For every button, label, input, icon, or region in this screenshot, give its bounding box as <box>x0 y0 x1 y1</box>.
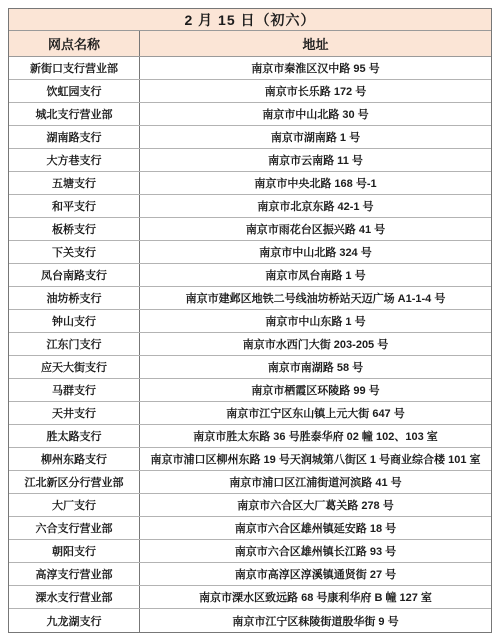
branch-name-cell: 高淳支行营业部 <box>9 563 140 585</box>
branch-name-cell: 溧水支行营业部 <box>9 586 140 608</box>
branch-address-cell: 南京市北京东路 42-1 号 <box>140 195 491 217</box>
branch-name-cell: 下关支行 <box>9 241 140 263</box>
table-body: 新街口支行营业部 南京市秦淮区汉中路 95 号 饮虹园支行 南京市长乐路 172… <box>9 57 491 632</box>
table-row: 马群支行 南京市栖霞区环陵路 99 号 <box>9 379 491 402</box>
branch-name-cell: 江东门支行 <box>9 333 140 355</box>
branch-address-cell: 南京市云南路 11 号 <box>140 149 491 171</box>
branch-address-cell: 南京市栖霞区环陵路 99 号 <box>140 379 491 401</box>
table-header-row: 网点名称 地址 <box>9 31 491 57</box>
branch-name-cell: 和平支行 <box>9 195 140 217</box>
branch-name-cell: 马群支行 <box>9 379 140 401</box>
branch-name-cell: 油坊桥支行 <box>9 287 140 309</box>
branch-address-cell: 南京市中央北路 168 号-1 <box>140 172 491 194</box>
table-row: 大厂支行 南京市六合区大厂葛关路 278 号 <box>9 494 491 517</box>
branch-address-cell: 南京市江宁区东山镇上元大街 647 号 <box>140 402 491 424</box>
branch-address-cell: 南京市湖南路 1 号 <box>140 126 491 148</box>
branch-name-cell: 五塘支行 <box>9 172 140 194</box>
table-row: 钟山支行 南京市中山东路 1 号 <box>9 310 491 333</box>
branch-name-cell: 板桥支行 <box>9 218 140 240</box>
branch-name-cell: 大厂支行 <box>9 494 140 516</box>
table-row: 江东门支行 南京市水西门大街 203-205 号 <box>9 333 491 356</box>
branch-name-cell: 应天大街支行 <box>9 356 140 378</box>
table-date-title: 2 月 15 日（初六） <box>9 9 491 31</box>
branch-name-cell: 湖南路支行 <box>9 126 140 148</box>
table-row: 下关支行 南京市中山北路 324 号 <box>9 241 491 264</box>
branch-address-cell: 南京市凤台南路 1 号 <box>140 264 491 286</box>
table-row: 高淳支行营业部 南京市高淳区淳溪镇通贤街 27 号 <box>9 563 491 586</box>
branch-address-cell: 南京市高淳区淳溪镇通贤街 27 号 <box>140 563 491 585</box>
table-row: 天井支行 南京市江宁区东山镇上元大街 647 号 <box>9 402 491 425</box>
branch-address-cell: 南京市溧水区致远路 68 号康利华府 B 幢 127 室 <box>140 586 491 608</box>
table-row: 九龙湖支行 南京市江宁区秣陵街道殷华街 9 号 <box>9 609 491 632</box>
column-header-address: 地址 <box>140 31 491 56</box>
table-row: 朝阳支行 南京市六合区雄州镇长江路 93 号 <box>9 540 491 563</box>
table-row: 板桥支行 南京市雨花台区振兴路 41 号 <box>9 218 491 241</box>
branch-address-cell: 南京市六合区雄州镇长江路 93 号 <box>140 540 491 562</box>
table-row: 和平支行 南京市北京东路 42-1 号 <box>9 195 491 218</box>
branch-address-cell: 南京市胜太东路 36 号胜泰华府 02 幢 102、103 室 <box>140 425 491 447</box>
branch-address-cell: 南京市南湖路 58 号 <box>140 356 491 378</box>
branch-name-cell: 六合支行营业部 <box>9 517 140 539</box>
table-row: 湖南路支行 南京市湖南路 1 号 <box>9 126 491 149</box>
branch-address-cell: 南京市长乐路 172 号 <box>140 80 491 102</box>
branch-schedule-table: 2 月 15 日（初六） 网点名称 地址 新街口支行营业部 南京市秦淮区汉中路 … <box>8 8 492 633</box>
branch-name-cell: 江北新区分行营业部 <box>9 471 140 493</box>
branch-name-cell: 新街口支行营业部 <box>9 57 140 79</box>
branch-name-cell: 凤台南路支行 <box>9 264 140 286</box>
table-row: 胜太路支行 南京市胜太东路 36 号胜泰华府 02 幢 102、103 室 <box>9 425 491 448</box>
table-row: 五塘支行 南京市中央北路 168 号-1 <box>9 172 491 195</box>
branch-name-cell: 天井支行 <box>9 402 140 424</box>
table-row: 柳州东路支行 南京市浦口区柳州东路 19 号天润城第八街区 1 号商业综合楼 1… <box>9 448 491 471</box>
branch-address-cell: 南京市水西门大街 203-205 号 <box>140 333 491 355</box>
table-row: 凤台南路支行 南京市凤台南路 1 号 <box>9 264 491 287</box>
table-row: 应天大街支行 南京市南湖路 58 号 <box>9 356 491 379</box>
table-row: 六合支行营业部 南京市六合区雄州镇延安路 18 号 <box>9 517 491 540</box>
branch-address-cell: 南京市中山北路 324 号 <box>140 241 491 263</box>
branch-address-cell: 南京市浦口区柳州东路 19 号天润城第八街区 1 号商业综合楼 101 室 <box>140 448 491 470</box>
table-row: 大方巷支行 南京市云南路 11 号 <box>9 149 491 172</box>
branch-name-cell: 饮虹园支行 <box>9 80 140 102</box>
branch-name-cell: 九龙湖支行 <box>9 609 140 632</box>
table-row: 溧水支行营业部 南京市溧水区致远路 68 号康利华府 B 幢 127 室 <box>9 586 491 609</box>
table-row: 新街口支行营业部 南京市秦淮区汉中路 95 号 <box>9 57 491 80</box>
branch-address-cell: 南京市六合区大厂葛关路 278 号 <box>140 494 491 516</box>
branch-address-cell: 南京市雨花台区振兴路 41 号 <box>140 218 491 240</box>
branch-name-cell: 胜太路支行 <box>9 425 140 447</box>
branch-address-cell: 南京市建邺区地铁二号线油坊桥站天迈广场 A1-1-4 号 <box>140 287 491 309</box>
branch-address-cell: 南京市六合区雄州镇延安路 18 号 <box>140 517 491 539</box>
table-row: 江北新区分行营业部 南京市浦口区江浦街道河滨路 41 号 <box>9 471 491 494</box>
branch-address-cell: 南京市中山北路 30 号 <box>140 103 491 125</box>
branch-address-cell: 南京市浦口区江浦街道河滨路 41 号 <box>140 471 491 493</box>
branch-address-cell: 南京市秦淮区汉中路 95 号 <box>140 57 491 79</box>
table-row: 饮虹园支行 南京市长乐路 172 号 <box>9 80 491 103</box>
table-row: 油坊桥支行 南京市建邺区地铁二号线油坊桥站天迈广场 A1-1-4 号 <box>9 287 491 310</box>
branch-address-cell: 南京市中山东路 1 号 <box>140 310 491 332</box>
branch-name-cell: 柳州东路支行 <box>9 448 140 470</box>
branch-name-cell: 大方巷支行 <box>9 149 140 171</box>
branch-address-cell: 南京市江宁区秣陵街道殷华街 9 号 <box>140 609 491 632</box>
table-row: 城北支行营业部 南京市中山北路 30 号 <box>9 103 491 126</box>
branch-name-cell: 城北支行营业部 <box>9 103 140 125</box>
branch-name-cell: 朝阳支行 <box>9 540 140 562</box>
column-header-branch-name: 网点名称 <box>9 31 140 56</box>
branch-name-cell: 钟山支行 <box>9 310 140 332</box>
